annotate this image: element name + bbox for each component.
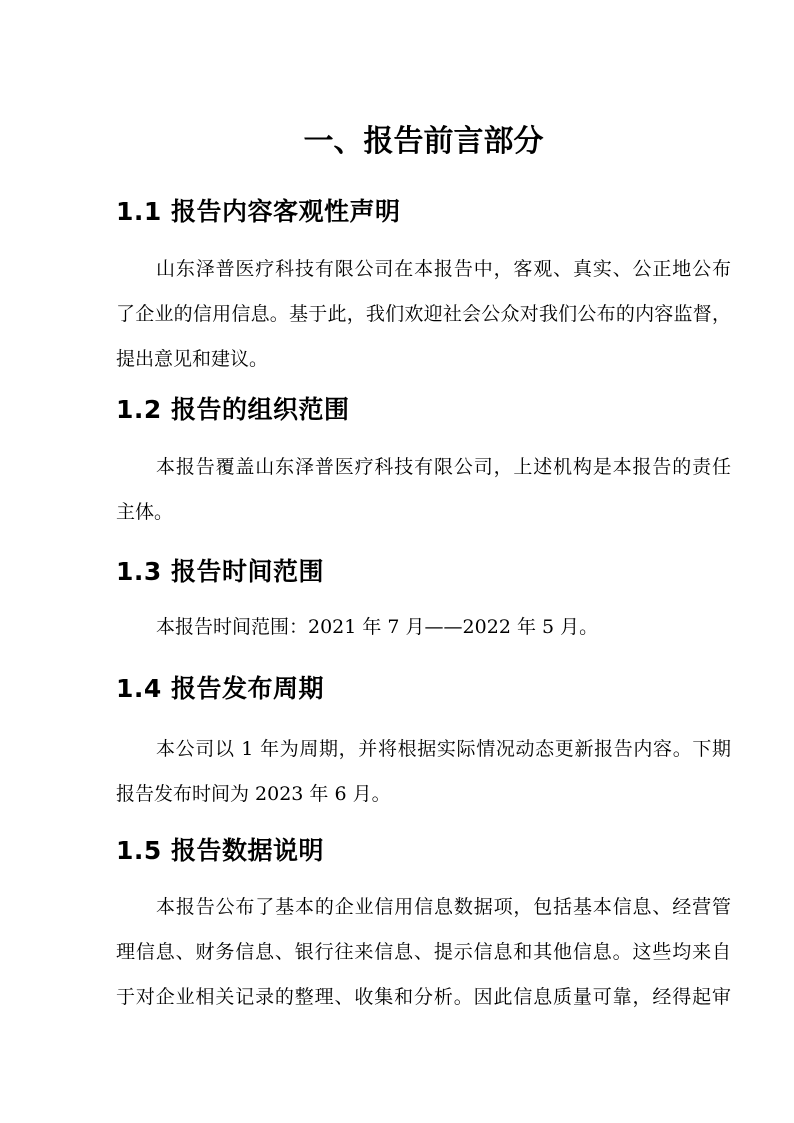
section-heading: 1.3 报告时间范围 <box>116 555 731 589</box>
paragraph: 本报告覆盖山东泽普医疗科技有限公司，上述机构是本报告的责任主体。 <box>116 445 731 535</box>
section-1-3: 1.3 报告时间范围 本报告时间范围：2021 年 7 月——2022 年 5 … <box>116 555 731 650</box>
section-heading: 1.5 报告数据说明 <box>116 834 731 868</box>
text-line: 主体。 <box>116 490 731 535</box>
paragraph: 本报告时间范围：2021 年 7 月——2022 年 5 月。 <box>116 605 731 650</box>
paragraph: 山东泽普医疗科技有限公司在本报告中，客观、真实、公正地公布了企业的信用信息。基于… <box>116 247 731 382</box>
text-line: 提出意见和建议。 <box>116 337 731 382</box>
text-line: 报告发布时间为 2023 年 6 月。 <box>116 772 731 817</box>
text-line: 山东泽普医疗科技有限公司在本报告中，客观、真实、公正地公布 <box>116 247 731 292</box>
section-1-5: 1.5 报告数据说明 本报告公布了基本的企业信用信息数据项，包括基本信息、经营管… <box>116 834 731 1020</box>
section-1-2: 1.2 报告的组织范围 本报告覆盖山东泽普医疗科技有限公司，上述机构是本报告的责… <box>116 393 731 535</box>
text-line: 本报告时间范围：2021 年 7 月——2022 年 5 月。 <box>116 605 731 650</box>
document-title: 一、报告前言部分 <box>116 121 731 163</box>
paragraph: 本公司以 1 年为周期，并将根据实际情况动态更新报告内容。下期报告发布时间为 2… <box>116 727 731 817</box>
text-line: 本报告公布了基本的企业信用信息数据项，包括基本信息、经营管 <box>116 885 731 930</box>
document-page: 一、报告前言部分 1.1 报告内容客观性声明 山东泽普医疗科技有限公司在本报告中… <box>0 0 794 1123</box>
text-line: 本公司以 1 年为周期，并将根据实际情况动态更新报告内容。下期 <box>116 727 731 772</box>
paragraph: 本报告公布了基本的企业信用信息数据项，包括基本信息、经营管理信息、财务信息、银行… <box>116 885 731 1020</box>
section-heading: 1.4 报告发布周期 <box>116 672 731 706</box>
text-line: 理信息、财务信息、银行往来信息、提示信息和其他信息。这些均来自 <box>116 930 731 975</box>
text-line: 了企业的信用信息。基于此，我们欢迎社会公众对我们公布的内容监督， <box>116 292 731 337</box>
section-heading: 1.1 报告内容客观性声明 <box>116 195 731 229</box>
section-1-4: 1.4 报告发布周期 本公司以 1 年为周期，并将根据实际情况动态更新报告内容。… <box>116 672 731 817</box>
text-line: 于对企业相关记录的整理、收集和分析。因此信息质量可靠，经得起审 <box>116 975 731 1020</box>
text-line: 本报告覆盖山东泽普医疗科技有限公司，上述机构是本报告的责任 <box>116 445 731 490</box>
section-1-1: 1.1 报告内容客观性声明 山东泽普医疗科技有限公司在本报告中，客观、真实、公正… <box>116 195 731 382</box>
section-heading: 1.2 报告的组织范围 <box>116 393 731 427</box>
document-body: 1.1 报告内容客观性声明 山东泽普医疗科技有限公司在本报告中，客观、真实、公正… <box>116 195 731 1020</box>
